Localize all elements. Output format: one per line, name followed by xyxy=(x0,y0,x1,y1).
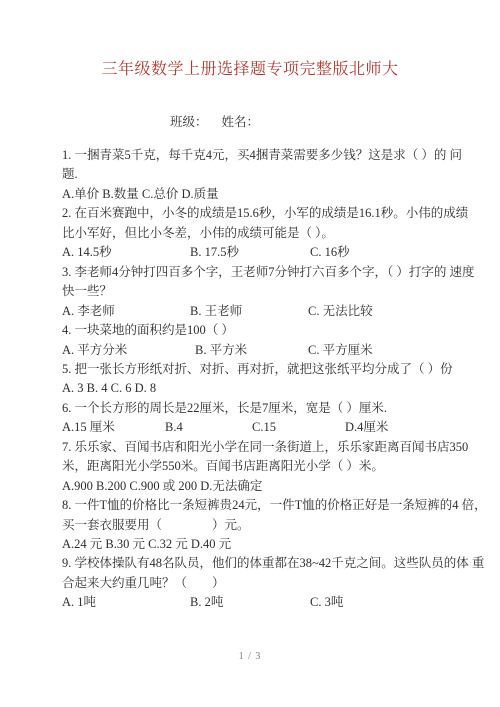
text-segment: A. 平方分米 xyxy=(62,341,127,360)
q6-options: A.15 厘米B.4C.15D.4厘米 xyxy=(62,418,462,437)
text-segment: C. 16秒 xyxy=(310,243,350,262)
q7-line2: 米，距离阳光小学550米。百闻书店距离阳光小学（ ）米。 xyxy=(62,457,462,476)
q6-line1: 6. 一个长方形的周长是22厘米，长是7厘米，宽是（ ）厘米. xyxy=(62,399,462,418)
q1-line2: 题. xyxy=(62,165,462,184)
text-segment: A. 3 B. 4 C. 6 D. 8 xyxy=(62,379,156,398)
text-segment: A. 14.5秒 xyxy=(62,243,112,262)
q9-line1: 9. 学校体操队有48名队员，他们的体重都在38~42千克之间。这些队员的体 重 xyxy=(62,554,462,573)
q9-line2: 合起来大约重几吨？（ ） xyxy=(62,574,462,593)
text-segment: C. 无法比较 xyxy=(308,302,373,321)
text-segment: 合起来大约重几吨？（ ） xyxy=(62,574,225,593)
class-name-line: 班级：姓名： xyxy=(170,112,259,130)
text-segment: 3. 李老师4分钟打四百多个字，王老师7分钟打六百多个字，（ ）打字的 速度 xyxy=(62,263,475,282)
text-segment: 5. 把一张长方形纸对折、对折、再对折，就把这张纸平均分成了（ ）份 xyxy=(62,360,453,379)
text-segment: 比小军好，但比小冬差，小伟的成绩可能是（ ）。 xyxy=(62,224,334,243)
text-segment: B.4 xyxy=(165,418,183,437)
q3-line1: 3. 李老师4分钟打四百多个字，王老师7分钟打六百多个字，（ ）打字的 速度 xyxy=(62,263,462,282)
q7-options: A.900 B.200 C.900 或 200 D.无法确定 xyxy=(62,477,462,496)
text-segment: A.900 B.200 C.900 或 200 D.无法确定 xyxy=(62,477,262,496)
q3-line2: 快一些？ xyxy=(62,282,462,301)
q8-line1: 8. 一件T恤的价格比一条短裤贵24元，一件T恤的价格正好是一条短裤的4 倍， xyxy=(62,496,462,515)
text-segment: A.15 厘米 xyxy=(62,418,115,437)
text-segment: 7. 乐乐家、百闻书店和阳光小学在同一条街道上，乐乐家距离百闻书店350 xyxy=(62,438,468,457)
text-segment: D.4厘米 xyxy=(345,418,388,437)
text-segment: 题. xyxy=(62,165,78,184)
q8-line2: 买一套衣服要用（ ）元。 xyxy=(62,516,462,535)
q4-options: A. 平方分米B. 平方米C. 平方厘米 xyxy=(62,341,462,360)
q2-line1: 2. 在百米赛跑中，小冬的成绩是15.6秒，小军的成绩是16.1秒。小伟的成绩 xyxy=(62,204,462,223)
q9-options: A. 1吨B. 2吨C. 3吨 xyxy=(62,593,462,612)
page-indicator: 1 / 3 xyxy=(0,651,500,662)
text-segment: C.15 xyxy=(252,418,276,437)
text-segment: 2. 在百米赛跑中，小冬的成绩是15.6秒，小军的成绩是16.1秒。小伟的成绩 xyxy=(62,204,468,223)
text-segment: C. 3吨 xyxy=(310,593,343,612)
text-segment: 买一套衣服要用（ ）元。 xyxy=(62,516,250,535)
q4-line1: 4. 一块菜地的面积约是100（ ） xyxy=(62,321,462,340)
text-segment: 1. 一捆青菜5千克，每千克4元，买4捆青菜需要多少钱？这是求（ ）的 问 xyxy=(62,146,462,165)
text-segment: B. 平方米 xyxy=(195,341,247,360)
text-segment: A.单价 B.数量 C.总价 D.质量 xyxy=(62,185,219,204)
text-segment: A. 1吨 xyxy=(62,593,96,612)
q5-options: A. 3 B. 4 C. 6 D. 8 xyxy=(62,379,462,398)
page-title: 三年级数学上册选择题专项完整版北师大 xyxy=(0,56,500,79)
text-segment: 6. 一个长方形的周长是22厘米，长是7厘米，宽是（ ）厘米. xyxy=(62,399,387,418)
q1-options: A.单价 B.数量 C.总价 D.质量 xyxy=(62,185,462,204)
text-segment: B. 2吨 xyxy=(190,593,223,612)
q1-line1: 1. 一捆青菜5千克，每千克4元，买4捆青菜需要多少钱？这是求（ ）的 问 xyxy=(62,146,462,165)
text-segment: A. 李老师 xyxy=(62,302,115,321)
q8-options: A.24 元 B.30 元 C.32 元 D.40 元 xyxy=(62,535,462,554)
text-segment: 米，距离阳光小学550米。百闻书店距离阳光小学（ ）米。 xyxy=(62,457,384,476)
q3-options: A. 李老师B. 王老师C. 无法比较 xyxy=(62,302,462,321)
q7-line1: 7. 乐乐家、百闻书店和阳光小学在同一条街道上，乐乐家距离百闻书店350 xyxy=(62,438,462,457)
text-segment: B. 17.5秒 xyxy=(190,243,239,262)
text-segment: A.24 元 B.30 元 C.32 元 D.40 元 xyxy=(62,535,231,554)
text-segment: 8. 一件T恤的价格比一条短裤贵24元，一件T恤的价格正好是一条短裤的4 倍， xyxy=(62,496,487,515)
text-segment: 9. 学校体操队有48名队员，他们的体重都在38~42千克之间。这些队员的体 重 xyxy=(62,554,484,573)
text-segment: 快一些？ xyxy=(62,282,112,301)
q5-line1: 5. 把一张长方形纸对折、对折、再对折，就把这张纸平均分成了（ ）份 xyxy=(62,360,462,379)
text-segment: C. 平方厘米 xyxy=(308,341,373,360)
class-label: 班级： xyxy=(170,112,208,130)
q2-options: A. 14.5秒B. 17.5秒C. 16秒 xyxy=(62,243,462,262)
worksheet-page: 三年级数学上册选择题专项完整版北师大 班级：姓名： 1. 一捆青菜5千克，每千克… xyxy=(0,0,500,707)
text-segment: B. 王老师 xyxy=(190,302,242,321)
name-label: 姓名： xyxy=(222,112,260,130)
text-segment: 4. 一块菜地的面积约是100（ ） xyxy=(62,321,234,340)
q2-line2: 比小军好，但比小冬差，小伟的成绩可能是（ ）。 xyxy=(62,224,462,243)
